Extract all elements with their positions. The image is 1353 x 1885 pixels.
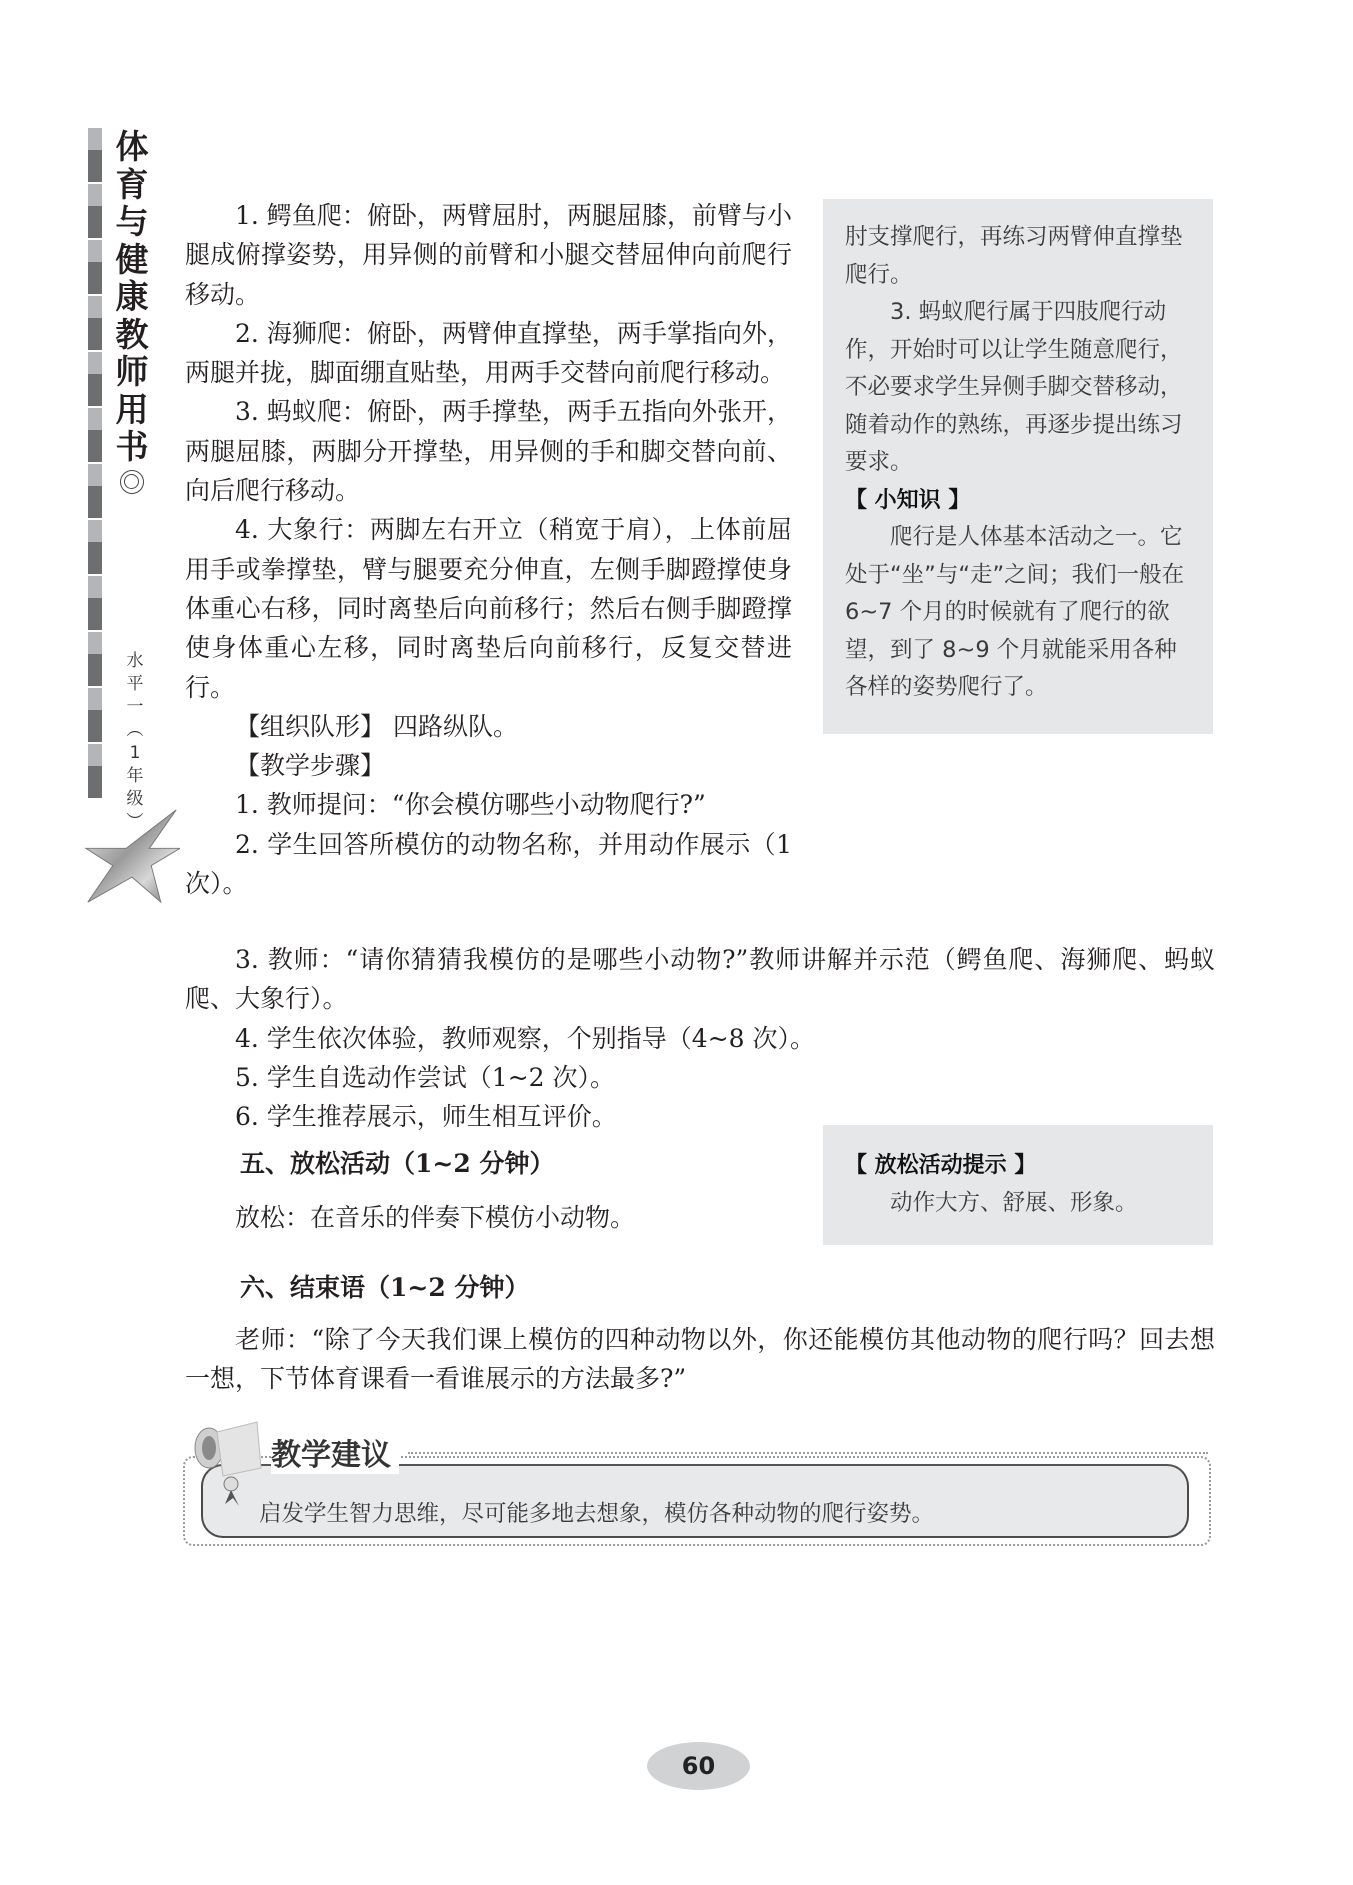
tip-continued: 肘支撑爬行，再练习两臂伸直撑垫爬行。	[845, 219, 1191, 294]
section-6-body: 老师：“除了今天我们课上模仿的四种动物以外，你还能模仿其他动物的爬行吗？回去想一…	[185, 1320, 1215, 1399]
paragraph-sea-lion-crawl: 2. 海狮爬：俯卧，两臂伸直撑垫，两手掌指向外，两腿并拢，脚面绷直贴垫，用两手交…	[185, 314, 792, 393]
bar-segment-light	[88, 408, 102, 430]
section-6-text: 老师：“除了今天我们课上模仿的四种动物以外，你还能模仿其他动物的爬行吗？回去想一…	[185, 1320, 1215, 1399]
bar-segment-dark	[88, 542, 102, 574]
double-circle-icon	[120, 470, 144, 494]
section-5-heading: 五、放松活动（1~2 分钟）	[240, 1144, 554, 1180]
title-char: 育	[112, 166, 152, 204]
bar-segment-dark	[88, 766, 102, 798]
relaxation-tips-box: 【 放松活动提示 】 动作大方、舒展、形象。	[823, 1125, 1213, 1245]
paragraph-step-3: 3. 教师：“请你猜猜我模仿的是哪些小动物?”教师讲解并示范（鳄鱼爬、海狮爬、蚂…	[185, 940, 1215, 1019]
relaxation-tips-text: 动作大方、舒展、形象。	[845, 1185, 1191, 1223]
paragraph-formation: 【组织队形】 四路纵队。	[185, 707, 792, 746]
title-char: 与	[112, 203, 152, 241]
teaching-suggestion-panel: 教学建议 启发学生智力思维，尽可能多地去想象，模仿各种动物的爬行姿势。	[183, 1418, 1213, 1550]
paragraph-crocodile-crawl: 1. 鳄鱼爬：俯卧，两臂屈肘，两腿屈膝，前臂与小腿成俯撑姿势，用异侧的前臂和小腿…	[185, 196, 792, 314]
bar-segment-light	[88, 128, 102, 150]
bar-segment-dark	[88, 654, 102, 686]
side-decoration-bar	[88, 128, 102, 800]
bar-segment-light	[88, 576, 102, 598]
bar-segment-light	[88, 632, 102, 654]
paragraph-steps-heading: 【教学步骤】	[185, 746, 792, 785]
sidebar-tips-box: 肘支撑爬行，再练习两臂伸直撑垫爬行。 3. 蚂蚁爬行属于四肢爬行动作，开始时可以…	[823, 199, 1213, 734]
suggestion-text: 启发学生智力思维，尽可能多地去想象，模仿各种动物的爬行姿势。	[259, 1496, 934, 1528]
title-char: 健	[112, 241, 152, 279]
page-number: 60	[647, 1742, 750, 1790]
grade-level-label: 水 平 一 ︵ 1 年 级 ︶	[124, 650, 146, 834]
title-char: 教	[112, 316, 152, 354]
bar-segment-dark	[88, 598, 102, 630]
bar-segment-dark	[88, 262, 102, 294]
title-char: 书	[112, 428, 152, 466]
title-char: 康	[112, 278, 152, 316]
title-char: 用	[112, 391, 152, 429]
level-char: 1	[124, 742, 146, 765]
knowledge-text: 爬行是人体基本活动之一。它处于“坐”与“走”之间；我们一般在 6~7 个月的时候…	[845, 519, 1191, 707]
level-char: 平	[124, 673, 146, 696]
bar-segment-dark	[88, 374, 102, 406]
paragraph-step-2: 2. 学生回答所模仿的动物名称，并用动作展示（1 次）。	[185, 825, 792, 904]
tip-ant-crawl: 3. 蚂蚁爬行属于四肢爬行动作，开始时可以让学生随意爬行，不必要求学生异侧手脚交…	[845, 294, 1191, 482]
knowledge-title: 【 小知识 】	[845, 482, 1191, 520]
bar-segment-dark	[88, 150, 102, 182]
paragraph-ant-crawl: 3. 蚂蚁爬：俯卧，两手撑垫，两手五指向外张开，两腿屈膝，两脚分开撑垫，用异侧的…	[185, 392, 792, 510]
bar-segment-light	[88, 184, 102, 206]
bar-segment-dark	[88, 486, 102, 518]
bar-segment-light	[88, 240, 102, 262]
full-width-steps: 3. 教师：“请你猜猜我模仿的是哪些小动物?”教师讲解并示范（鳄鱼爬、海狮爬、蚂…	[185, 940, 1215, 1136]
relaxation-tips-title: 【 放松活动提示 】	[845, 1147, 1191, 1185]
paragraph-step-5: 5. 学生自选动作尝试（1~2 次）。	[185, 1058, 1215, 1097]
silver-star-icon	[84, 808, 180, 904]
level-char: 一	[124, 696, 146, 719]
title-char: 师	[112, 353, 152, 391]
bar-segment-light	[88, 464, 102, 486]
bar-segment-dark	[88, 430, 102, 462]
bar-segment-dark	[88, 710, 102, 742]
section-6-heading: 六、结束语（1~2 分钟）	[240, 1268, 529, 1304]
main-text-column: 1. 鳄鱼爬：俯卧，两臂屈肘，两腿屈膝，前臂与小腿成俯撑姿势，用异侧的前臂和小腿…	[185, 196, 792, 903]
bar-segment-dark	[88, 318, 102, 350]
book-title-vertical: 体 育 与 健 康 教 师 用 书	[112, 128, 152, 494]
level-char: ︵	[124, 719, 146, 742]
paragraph-step-1: 1. 教师提问：“你会模仿哪些小动物爬行?”	[185, 785, 792, 824]
bar-segment-light	[88, 688, 102, 710]
paragraph-elephant-walk: 4. 大象行：两脚左右开立（稍宽于肩），上体前屈用手或拳撑垫，臂与腿要充分伸直，…	[185, 510, 792, 706]
scroll-ribbon-icon	[187, 1418, 267, 1508]
level-char: 年	[124, 765, 146, 788]
paragraph-step-4: 4. 学生依次体验，教师观察，个别指导（4~8 次）。	[185, 1019, 1215, 1058]
suggestion-title-underline	[408, 1452, 1208, 1454]
bar-segment-light	[88, 352, 102, 374]
bar-segment-light	[88, 296, 102, 318]
bar-segment-light	[88, 744, 102, 766]
suggestion-title: 教学建议	[271, 1430, 399, 1474]
level-char: 水	[124, 650, 146, 673]
title-char: 体	[112, 128, 152, 166]
bar-segment-light	[88, 520, 102, 542]
bar-segment-dark	[88, 206, 102, 238]
